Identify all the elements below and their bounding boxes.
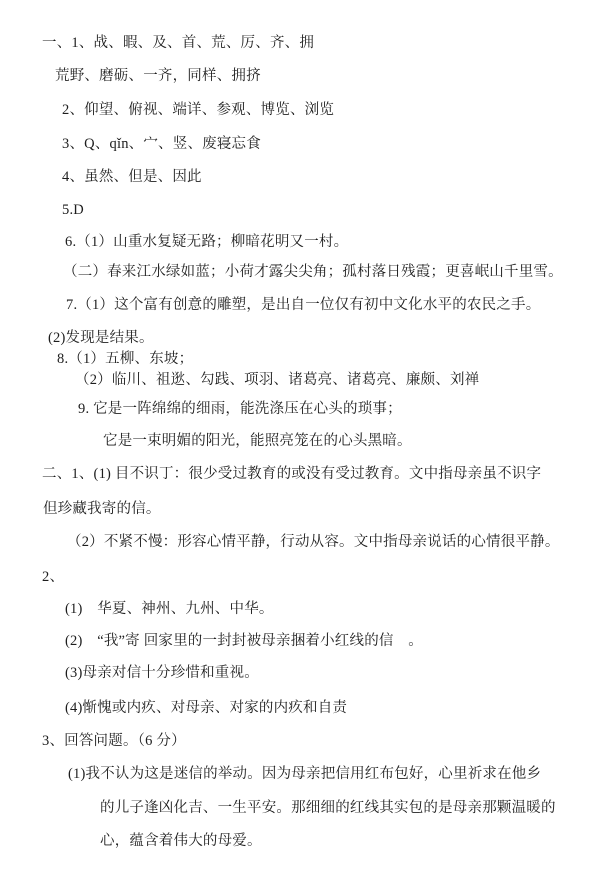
answer-line-section1-q9-part1: 9. 它是一阵绵绵的细雨，能洗涤压在心头的琐事；	[78, 399, 402, 419]
answer-line-section1-q5: 5.D	[62, 200, 84, 220]
answer-line-section1-q9-part2: 它是一束明媚的阳光，能照亮笼在的心头黑暗。	[103, 431, 412, 451]
answer-line-section1-q4: 4、虽然、但是、因此	[62, 167, 202, 187]
answer-line-section2-q3-label: 3、回答问题。（6 分）	[42, 731, 186, 751]
answer-line-section1-q1-chars: 一、1、战、暇、及、首、荒、厉、齐、拥	[42, 33, 314, 53]
answer-line-section1-q6-part1: 6.（1）山重水复疑无路；柳暗花明又一村。	[65, 232, 348, 252]
answer-line-section2-q1-1a: 二、1、(1) 目不识丁：很少受过教育的或没有受过教育。文中指母亲虽不识字	[42, 464, 541, 484]
answer-line-section2-q1-1b: 但珍藏我寄的信。	[43, 499, 161, 519]
answer-line-section2-q3-1a: (1)我不认为这是迷信的举动。因为母亲把信用红布包好，心里祈求在他乡	[68, 764, 541, 784]
answer-line-section2-q2-2: (2) “我”寄 回家里的一封封被母亲捆着小红线的信 。	[65, 631, 423, 651]
answer-line-section1-q3: 3、Q、qǐn、宀、竖、废寝忘食	[62, 134, 261, 154]
answer-line-section2-q1-2: （2）不紧不慢：形容心情平静，行动从容。文中指母亲说话的心情很平静。	[67, 532, 560, 552]
answer-line-section1-q7-part2: (2)发现是结果。	[48, 328, 154, 348]
answer-line-section1-q8-part2: （2）临川、祖逖、勾践、项羽、诸葛亮、诸葛亮、廉颇、刘禅	[75, 370, 479, 390]
answer-line-section1-q1-words: 荒野、磨砺、一齐，同样、拥挤	[55, 66, 261, 86]
answer-line-section2-q2-1: (1) 华夏、神州、九州、中华。	[65, 599, 274, 619]
answer-line-section2-q3-1c: 心，蕴含着伟大的母爱。	[100, 831, 262, 851]
answer-line-section2-q3-1b: 的儿子逢凶化吉、一生平安。那细细的红线其实包的是母亲那颗温暖的	[100, 798, 556, 818]
answer-line-section1-q6-part2: （二）春来江水绿如蓝；小荷才露尖尖角；孤村落日残霞；更喜岷山千里雪。	[63, 262, 563, 282]
answer-line-section1-q2: 2、仰望、俯视、端详、参观、博览、浏览	[62, 100, 334, 120]
answer-line-section2-q2-3: (3)母亲对信十分珍惜和重视。	[65, 663, 259, 683]
answer-line-section1-q7-part1: 7.（1）这个富有创意的雕塑，是出自一位仅有初中文化水平的农民之手。	[66, 295, 540, 315]
document-page: 一、1、战、暇、及、首、荒、厉、齐、拥 荒野、磨砺、一齐，同样、拥挤 2、仰望、…	[0, 0, 600, 884]
answer-line-section2-q2-label: 2、	[42, 567, 64, 587]
answer-line-section1-q8-part1: 8.（1）五柳、东坡；	[57, 349, 193, 369]
answer-line-section2-q2-4: (4)惭愧或内疚、对母亲、对家的内疚和自责	[65, 698, 347, 718]
